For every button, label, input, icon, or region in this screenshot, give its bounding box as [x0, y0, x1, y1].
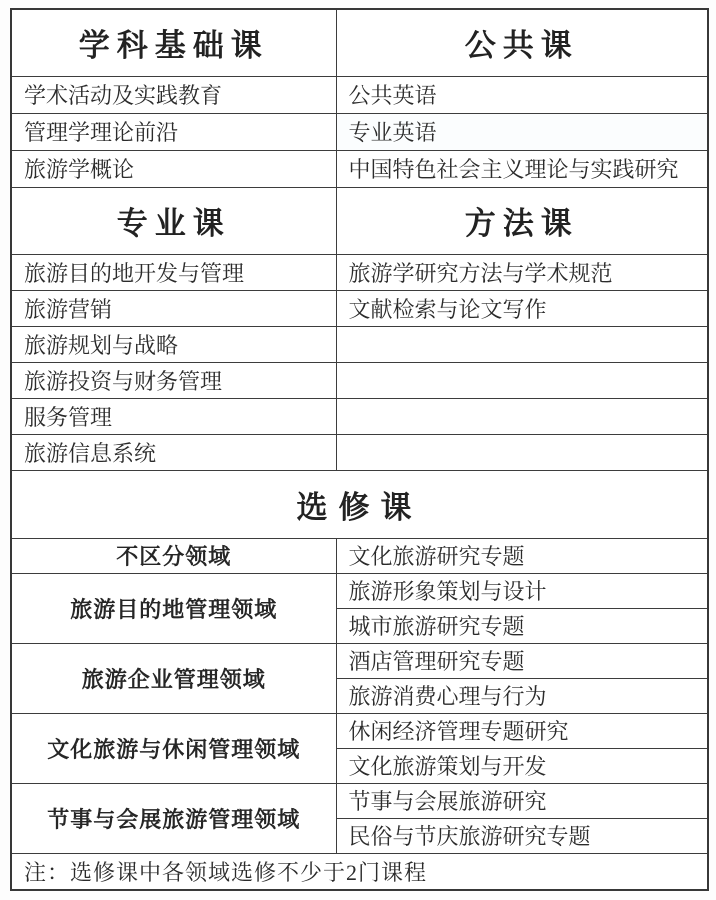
course-cell-left: 旅游规划与战略: [11, 326, 336, 362]
course-cell-right: 节事与会展旅游研究: [336, 783, 708, 818]
header-elective-courses: 选修课: [11, 470, 708, 538]
elective-area-cell: 旅游企业管理领域: [11, 643, 336, 713]
table-row: 不区分领域 文化旅游研究专题: [11, 538, 708, 573]
course-cell-left: 学术活动及实践教育: [11, 76, 336, 113]
course-cell-left: 旅游营销: [11, 290, 336, 326]
table-row: 文化旅游与休闲管理领域 休闲经济管理专题研究: [11, 713, 708, 748]
curriculum-table: 学科基础课 公共课 学术活动及实践教育 公共英语 管理学理论前沿 专业英语 旅游…: [10, 8, 709, 891]
table-row: 旅游信息系统: [11, 434, 708, 470]
page: 学科基础课 公共课 学术活动及实践教育 公共英语 管理学理论前沿 专业英语 旅游…: [0, 0, 716, 900]
course-cell-left: 旅游学概论: [11, 150, 336, 187]
section-header-row-elective: 选修课: [11, 470, 708, 538]
table-row: 旅游目的地管理领域 旅游形象策划与设计: [11, 573, 708, 608]
header-basic-courses: 学科基础课: [11, 9, 336, 76]
course-cell-right: 文化旅游策划与开发: [336, 748, 708, 783]
table-row: 学术活动及实践教育 公共英语: [11, 76, 708, 113]
course-cell-right: 旅游形象策划与设计: [336, 573, 708, 608]
table-row: 旅游学概论 中国特色社会主义理论与实践研究: [11, 150, 708, 187]
course-cell-left: 管理学理论前沿: [11, 113, 336, 150]
section-header-row-major: 专业课 方法课: [11, 187, 708, 254]
course-cell-right: [336, 362, 708, 398]
course-cell-right: 酒店管理研究专题: [336, 643, 708, 678]
course-cell-left: 旅游投资与财务管理: [11, 362, 336, 398]
elective-area-cell: 节事与会展旅游管理领域: [11, 783, 336, 853]
course-cell-left: 服务管理: [11, 398, 336, 434]
elective-area-cell: 文化旅游与休闲管理领域: [11, 713, 336, 783]
table-row: 节事与会展旅游管理领域 节事与会展旅游研究: [11, 783, 708, 818]
course-cell-right: 休闲经济管理专题研究: [336, 713, 708, 748]
elective-note: 注：选修课中各领域选修不少于2门课程: [11, 853, 708, 890]
elective-area-cell: 不区分领域: [11, 538, 336, 573]
note-row: 注：选修课中各领域选修不少于2门课程: [11, 853, 708, 890]
table-row: 旅游目的地开发与管理 旅游学研究方法与学术规范: [11, 254, 708, 290]
header-major-courses: 专业课: [11, 187, 336, 254]
course-cell-right: 旅游学研究方法与学术规范: [336, 254, 708, 290]
section-header-row-basic: 学科基础课 公共课: [11, 9, 708, 76]
course-cell-right: 民俗与节庆旅游研究专题: [336, 818, 708, 853]
course-cell-left: 旅游信息系统: [11, 434, 336, 470]
table-row: 服务管理: [11, 398, 708, 434]
course-cell-right: 文化旅游研究专题: [336, 538, 708, 573]
header-method-courses: 方法课: [336, 187, 708, 254]
course-cell-right: 公共英语: [336, 76, 708, 113]
course-cell-right: [336, 326, 708, 362]
table-row: 旅游营销 文献检索与论文写作: [11, 290, 708, 326]
course-cell-left: 旅游目的地开发与管理: [11, 254, 336, 290]
table-row: 旅游规划与战略: [11, 326, 708, 362]
course-cell-right: [336, 434, 708, 470]
header-public-courses: 公共课: [336, 9, 708, 76]
course-cell-right: 中国特色社会主义理论与实践研究: [336, 150, 708, 187]
course-cell-right: 专业英语: [336, 113, 708, 150]
course-cell-right: [336, 398, 708, 434]
elective-area-cell: 旅游目的地管理领域: [11, 573, 336, 643]
course-cell-right: 城市旅游研究专题: [336, 608, 708, 643]
table-row: 旅游企业管理领域 酒店管理研究专题: [11, 643, 708, 678]
table-row: 旅游投资与财务管理: [11, 362, 708, 398]
course-cell-right: 旅游消费心理与行为: [336, 678, 708, 713]
table-row: 管理学理论前沿 专业英语: [11, 113, 708, 150]
course-cell-right: 文献检索与论文写作: [336, 290, 708, 326]
